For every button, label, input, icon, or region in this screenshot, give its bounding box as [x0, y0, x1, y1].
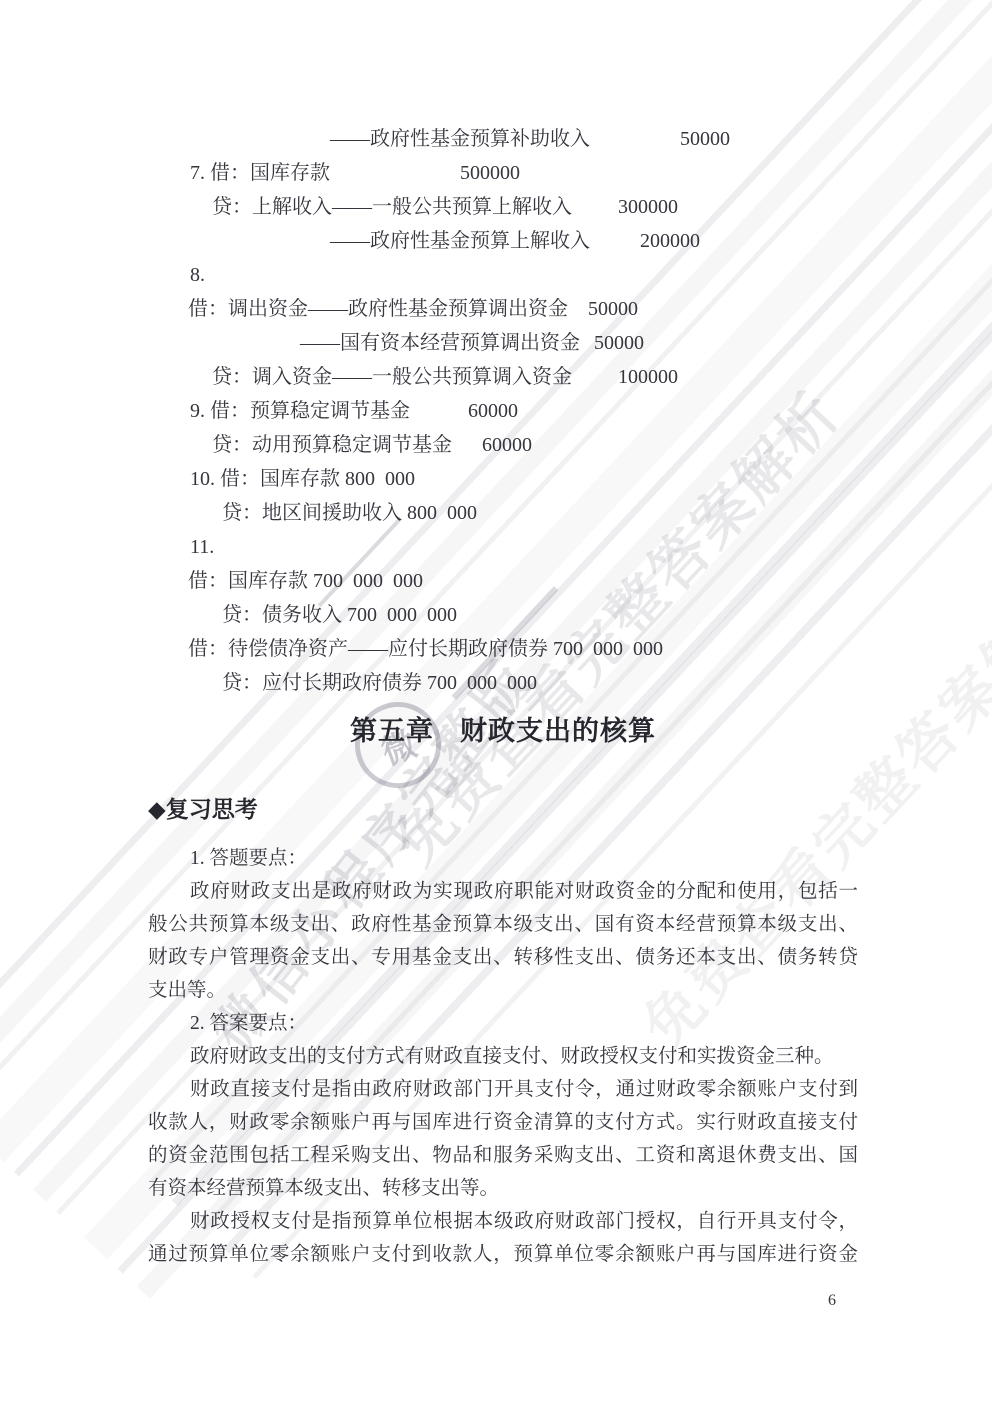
body-text-line: 1. 答题要点： [148, 842, 858, 875]
body-text-line: 政府财政支出的支付方式有财政直接支付、财政授权支付和实拨资金三种。 [148, 1040, 858, 1073]
entry-amount: 60000 [482, 434, 532, 456]
journal-entry-line: ——政府性基金预算上解收入200000 [148, 224, 858, 258]
diamond-bullet-icon: ◆ [148, 796, 166, 822]
entry-text: ——政府性基金预算补助收入 [330, 128, 590, 150]
chapter-number: 第五章 [350, 716, 434, 746]
journal-entry-line: 贷：债务收入 700 000 000 [148, 598, 858, 632]
entry-text: 贷：调入资金——一般公共预算调入资金 [212, 366, 572, 388]
journal-entry-line: ——政府性基金预算补助收入50000 [148, 122, 858, 156]
journal-entries: ——政府性基金预算补助收入50000 7. 借：国库存款500000 贷：上解收… [148, 0, 858, 700]
journal-entry-line: 借：国库存款 700 000 000 [148, 564, 858, 598]
body-text-line: 2. 答案要点： [148, 1007, 858, 1040]
journal-entry-line: 11. [148, 530, 858, 564]
journal-entry-line: 贷：应付长期政府债券 700 000 000 [148, 666, 858, 700]
journal-entry-line: 9. 借：预算稳定调节基金60000 [148, 394, 858, 428]
journal-entry-line: 借：调出资金——政府性基金预算调出资金50000 [148, 292, 858, 326]
answer-body: 1. 答题要点： 政府财政支出是政府财政为实现政府职能对财政资金的分配和使用，包… [148, 842, 858, 1271]
body-text-line: 财政直接支付是指由政府财政部门开具支付令，通过财政零余额账户支付到 [148, 1073, 858, 1106]
entry-text: 贷：地区间援助收入 800 000 [222, 502, 477, 524]
entry-text: 贷：债务收入 700 000 000 [222, 604, 457, 626]
journal-entry-line: 10. 借：国库存款 800 000 [148, 462, 858, 496]
entry-text: 11. [190, 536, 214, 558]
body-text-line: 的资金范围包括工程采购支出、物品和服务采购支出、工资和离退休费支出、国 [148, 1139, 858, 1172]
page-content: ——政府性基金预算补助收入50000 7. 借：国库存款500000 贷：上解收… [0, 0, 992, 1271]
page-number: 6 [828, 1292, 836, 1310]
entry-amount: 500000 [460, 162, 520, 184]
journal-entry-line: 贷：地区间援助收入 800 000 [148, 496, 858, 530]
entry-text: 9. 借：预算稳定调节基金 [190, 400, 410, 422]
entry-amount: 300000 [618, 196, 678, 218]
chapter-heading: 第五章财政支出的核算 [148, 714, 858, 748]
journal-entry-line: ——国有资本经营预算调出资金50000 [148, 326, 858, 360]
entry-amount: 100000 [618, 366, 678, 388]
review-section-heading: ◆复习思考 [148, 794, 858, 824]
body-text-line: 财政授权支付是指预算单位根据本级政府财政部门授权，自行开具支付令， [148, 1205, 858, 1238]
entry-amount: 50000 [594, 332, 644, 354]
body-text-line: 通过预算单位零余额账户支付到收款人，预算单位零余额账户再与国库进行资金 [148, 1238, 858, 1271]
journal-entry-line: 贷：上解收入——一般公共预算上解收入300000 [148, 190, 858, 224]
body-text-line: 般公共预算本级支出、政府性基金预算本级支出、国有资本经营预算本级支出、 [148, 908, 858, 941]
journal-entry-line: 7. 借：国库存款500000 [148, 156, 858, 190]
document-page: 微信小程序完整版 免费查看完整答案解析 免费查看完整答案解析 微 ——政府性基金… [0, 0, 992, 1403]
entry-text: 7. 借：国库存款 [190, 162, 330, 184]
entry-text: 8. [190, 264, 205, 286]
section-title: 复习思考 [166, 796, 258, 822]
journal-entry-line: 借：待偿债净资产——应付长期政府债券 700 000 000 [148, 632, 858, 666]
body-text-line: 财政专户管理资金支出、专用基金支出、转移性支出、债务还本支出、债务转贷 [148, 941, 858, 974]
entry-text: 借：国库存款 700 000 000 [188, 570, 423, 592]
entry-text: 贷：应付长期政府债券 700 000 000 [222, 672, 537, 694]
journal-entry-line: 贷：调入资金——一般公共预算调入资金100000 [148, 360, 858, 394]
entry-text: ——国有资本经营预算调出资金 [300, 332, 580, 354]
entry-amount: 50000 [588, 298, 638, 320]
entry-text: 贷：动用预算稳定调节基金 [212, 434, 452, 456]
entry-text: ——政府性基金预算上解收入 [330, 230, 590, 252]
entry-amount: 50000 [680, 128, 730, 150]
body-text-line: 政府财政支出是政府财政为实现政府职能对财政资金的分配和使用，包括一 [148, 875, 858, 908]
journal-entry-line: 8. [148, 258, 858, 292]
entry-amount: 60000 [468, 400, 518, 422]
entry-amount: 200000 [640, 230, 700, 252]
body-text-line: 收款人，财政零余额账户再与国库进行资金清算的支付方式。实行财政直接支付 [148, 1106, 858, 1139]
journal-entry-line: 贷：动用预算稳定调节基金60000 [148, 428, 858, 462]
entry-text: 10. 借：国库存款 800 000 [190, 468, 415, 490]
entry-text: 借：调出资金——政府性基金预算调出资金 [188, 298, 568, 320]
chapter-title: 财政支出的核算 [460, 716, 656, 746]
body-text-line: 有资本经营预算本级支出、转移支出等。 [148, 1172, 858, 1205]
entry-text: 贷：上解收入——一般公共预算上解收入 [212, 196, 572, 218]
body-text-line: 支出等。 [148, 974, 858, 1007]
entry-text: 借：待偿债净资产——应付长期政府债券 700 000 000 [188, 638, 663, 660]
